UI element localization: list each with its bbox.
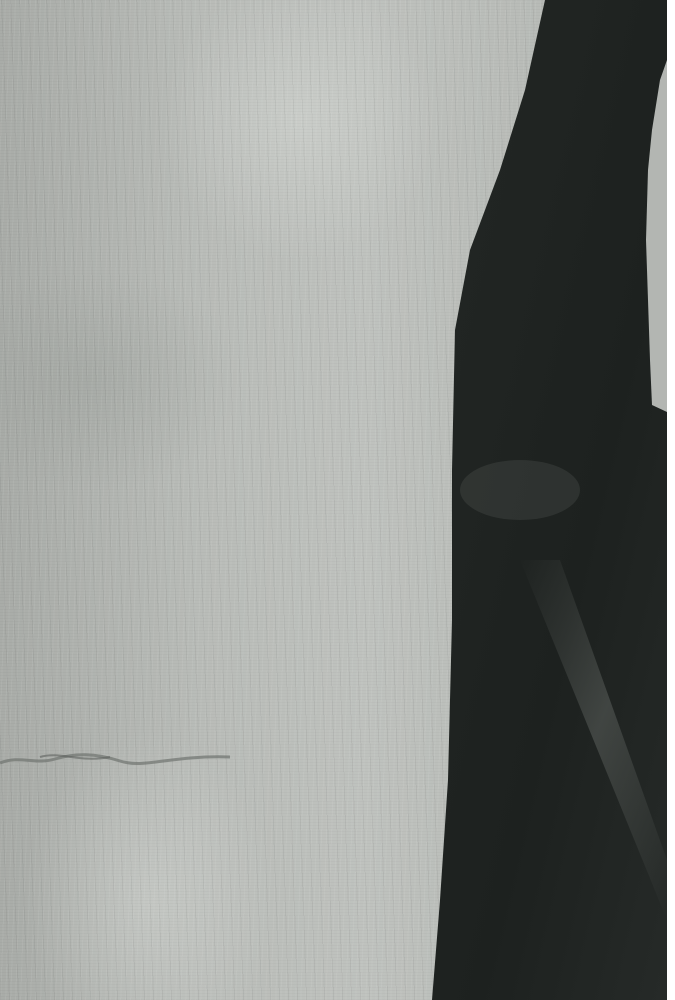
white-margin <box>667 0 675 1000</box>
dark-painted-form <box>0 0 667 1000</box>
plaster-surface <box>0 0 667 1000</box>
photograph <box>0 0 675 1000</box>
